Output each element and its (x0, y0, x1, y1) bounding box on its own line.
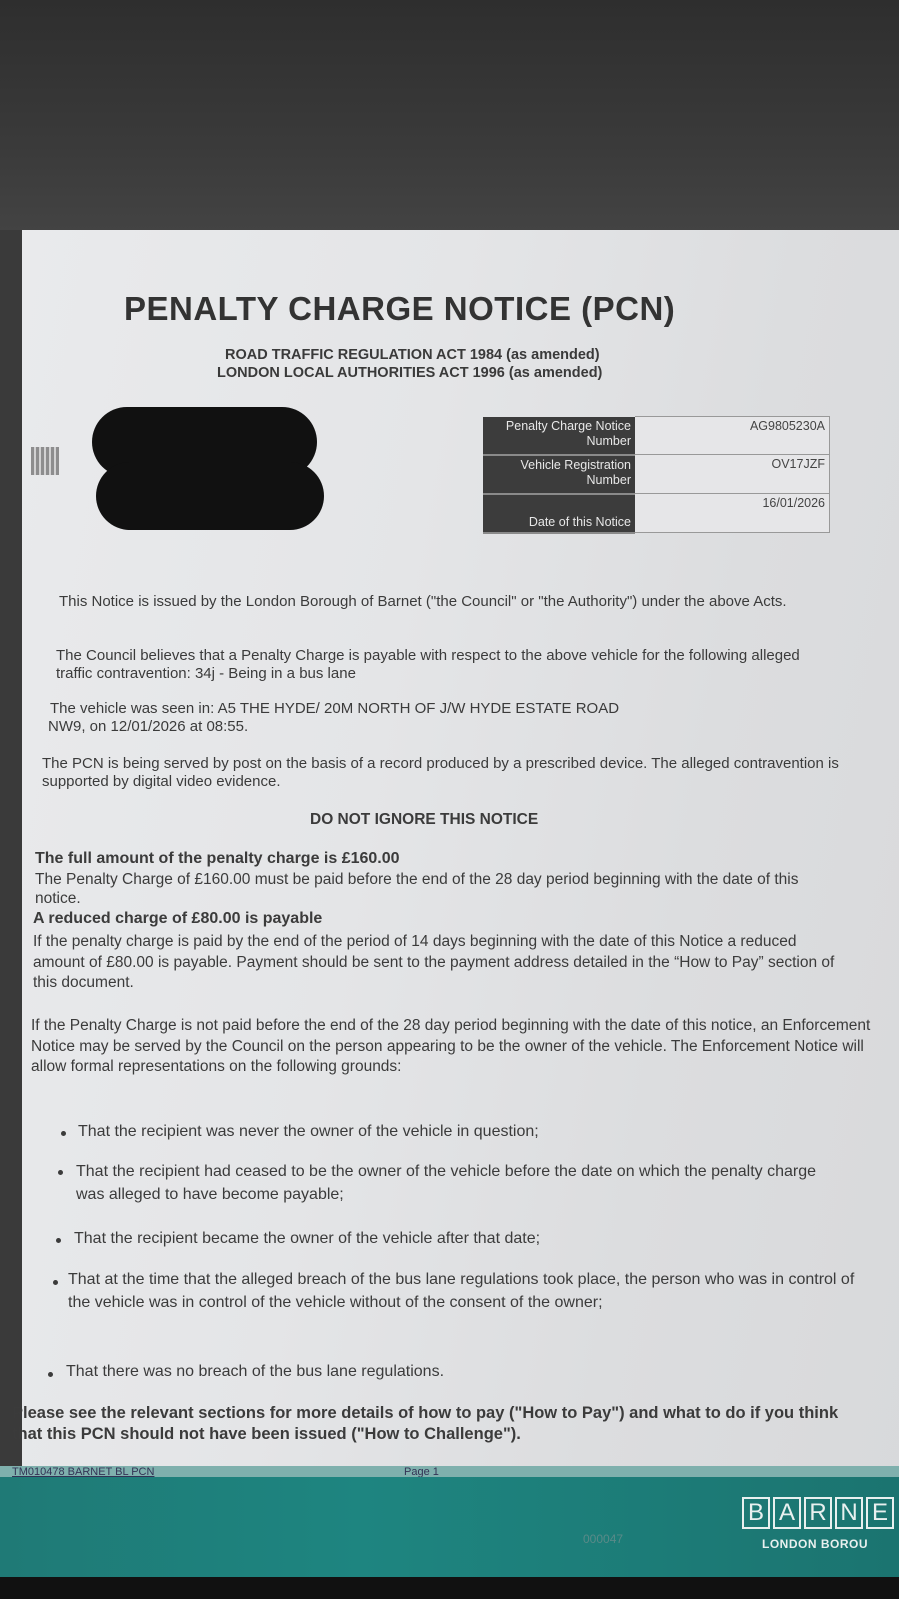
redaction-mark (96, 462, 324, 530)
act-line-2: LONDON LOCAL AUTHORITIES ACT 1996 (as am… (217, 365, 602, 381)
reduced-charge-text: If the penalty charge is paid by the end… (33, 932, 848, 994)
reduced-charge-heading: A reduced charge of £80.00 is payable (33, 910, 322, 928)
logo-letter: A (773, 1497, 801, 1529)
datamatrix-code-icon (31, 447, 59, 475)
logo-letter: N (835, 1497, 863, 1529)
issued-by-paragraph: This Notice is issued by the London Boro… (59, 593, 834, 611)
location-line-1: The vehicle was seen in: A5 THE HYDE/ 20… (50, 700, 619, 718)
closing-paragraph: Please see the relevant sections for mor… (12, 1403, 872, 1445)
logo-subtitle: LONDON BOROU (762, 1537, 868, 1551)
ground-item: That at the time that the alleged breach… (68, 1268, 858, 1314)
vehicle-reg-label: Vehicle Registration Number (483, 455, 635, 494)
page-title: PENALTY CHARGE NOTICE (PCN) (124, 290, 675, 328)
full-amount-heading: The full amount of the penalty charge is… (35, 850, 400, 868)
ground-item: That the recipient became the owner of t… (74, 1227, 844, 1250)
barnet-logo: B A R N E (742, 1497, 894, 1529)
location-line-2: NW9, on 12/01/2026 at 08:55. (48, 718, 248, 736)
footer-serial: 000047 (583, 1532, 623, 1546)
contravention-paragraph: The Council believes that a Penalty Char… (56, 647, 816, 682)
full-amount-text: The Penalty Charge of £160.00 must be pa… (35, 870, 845, 908)
background-edge (0, 230, 22, 1599)
bullet-icon (56, 1238, 61, 1243)
logo-letter: B (742, 1497, 770, 1529)
bullet-icon (58, 1170, 63, 1175)
background-surface (0, 0, 899, 240)
bullet-icon (61, 1131, 66, 1136)
act-line-1: ROAD TRAFFIC REGULATION ACT 1984 (as ame… (225, 347, 600, 363)
served-paragraph: The PCN is being served by post on the b… (42, 755, 842, 790)
notice-date-label: Date of this Notice (483, 494, 635, 533)
bullet-icon (48, 1372, 53, 1377)
ground-item: That the recipient had ceased to be the … (76, 1160, 846, 1206)
logo-letter: E (866, 1497, 894, 1529)
background-surface (0, 1577, 899, 1599)
bullet-icon (53, 1280, 58, 1285)
pcn-number-label: Penalty Charge Notice Number (483, 417, 635, 455)
logo-letter: R (804, 1497, 832, 1529)
table-row: Penalty Charge Notice Number AG9805230A (483, 417, 830, 455)
table-row: Date of this Notice 16/01/2026 (483, 494, 830, 533)
notice-info-table: Penalty Charge Notice Number AG9805230A … (483, 416, 830, 534)
enforcement-paragraph: If the Penalty Charge is not paid before… (31, 1016, 871, 1078)
ground-item: That there was no breach of the bus lane… (66, 1360, 846, 1383)
table-row: Vehicle Registration Number OV17JZF (483, 455, 830, 494)
warning-heading: DO NOT IGNORE THIS NOTICE (310, 811, 538, 829)
vehicle-reg-value: OV17JZF (635, 455, 830, 494)
ground-item: That the recipient was never the owner o… (78, 1120, 858, 1143)
pcn-number-value: AG9805230A (635, 417, 830, 455)
notice-date-value: 16/01/2026 (635, 494, 830, 533)
